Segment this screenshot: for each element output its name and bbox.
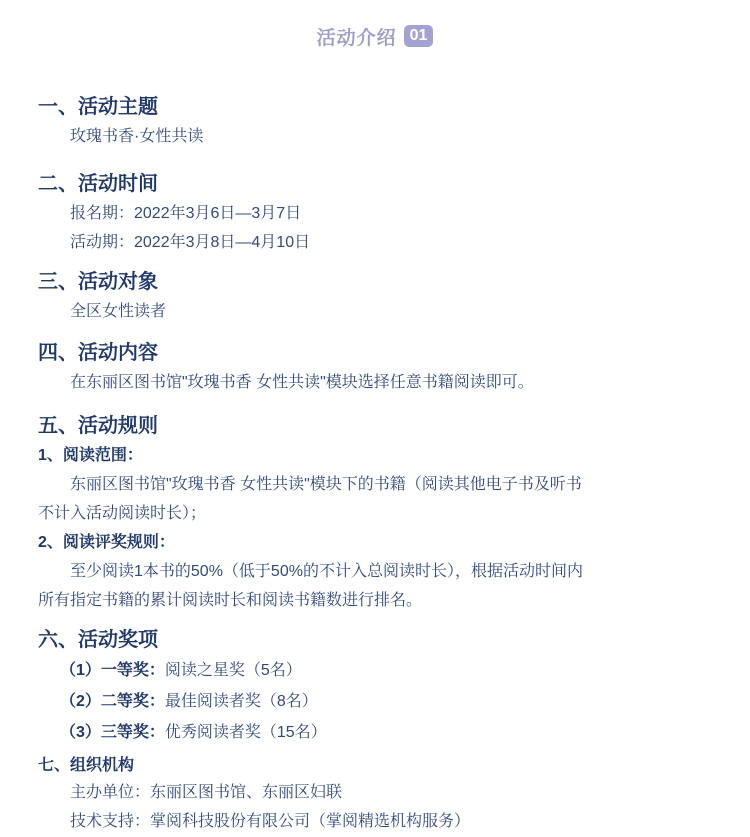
section-activity-rules: 五、活动规则 1、阅读范围： 东丽区图书馆"玫瑰书香 女性共读"模块下的书籍（阅…	[38, 413, 712, 615]
award-name: 最佳阅读者奖（8名）	[165, 693, 318, 710]
award-rank: （2）二等奖：	[60, 693, 165, 710]
body-line: 在东丽区图书馆"玫瑰书香 女性共读"模块选择任意书籍阅读即可。	[38, 368, 712, 397]
section-activity-content: 四、活动内容 在东丽区图书馆"玫瑰书香 女性共读"模块选择任意书籍阅读即可。	[38, 340, 712, 397]
section-heading: 四、活动内容	[38, 340, 712, 366]
body-line: 活动期：2022年3月8日—4月10日	[38, 228, 712, 257]
section-activity-awards: 六、活动奖项 （1）一等奖：阅读之星奖（5名） （2）二等奖：最佳阅读者奖（8名…	[38, 627, 712, 748]
section-heading: 七、组织机构	[38, 756, 712, 776]
body-line: 玫瑰书香·女性共读	[38, 122, 712, 151]
award-item: （2）二等奖：最佳阅读者奖（8名）	[38, 686, 712, 717]
award-rank: （3）三等奖：	[60, 724, 165, 741]
body-line: 报名期：2022年3月6日—3月7日	[38, 199, 712, 228]
rule-label-award-rules: 2、阅读评奖规则：	[38, 528, 712, 557]
section-heading: 二、活动时间	[38, 171, 712, 197]
award-item: （3）三等奖：优秀阅读者奖（15名）	[38, 717, 712, 748]
page-title: 活动介绍	[317, 23, 397, 50]
body-line: 主办单位：东丽区图书馆、东丽区妇联	[38, 778, 712, 807]
section-heading: 一、活动主题	[38, 94, 712, 120]
section-activity-target: 三、活动对象 全区女性读者	[38, 269, 712, 326]
award-name: 优秀阅读者奖（15名）	[165, 724, 327, 741]
section-heading: 六、活动奖项	[38, 627, 712, 653]
section-activity-time: 二、活动时间 报名期：2022年3月6日—3月7日 活动期：2022年3月8日—…	[38, 171, 712, 257]
section-number-badge: 01	[404, 25, 434, 47]
section-heading: 三、活动对象	[38, 269, 712, 295]
award-item: （1）一等奖：阅读之星奖（5名）	[38, 655, 712, 686]
award-name: 阅读之星奖（5名）	[165, 662, 302, 679]
rule-label-reading-scope: 1、阅读范围：	[38, 441, 712, 470]
document: 活动介绍 01 一、活动主题 玫瑰书香·女性共读 二、活动时间 报名期：2022…	[0, 0, 750, 837]
body-line: 技术支持：掌阅科技股份有限公司（掌阅精选机构服务）	[38, 807, 712, 836]
award-rank: （1）一等奖：	[60, 662, 165, 679]
rule-paragraph: 东丽区图书馆"玫瑰书香 女性共读"模块下的书籍（阅读其他电子书及听书不计入活动阅…	[38, 470, 594, 528]
section-heading: 五、活动规则	[38, 413, 712, 439]
page-header: 活动介绍 01	[38, 24, 712, 48]
body-line: 全区女性读者	[38, 297, 712, 326]
section-organizers: 七、组织机构 主办单位：东丽区图书馆、东丽区妇联 技术支持：掌阅科技股份有限公司…	[38, 756, 712, 836]
section-activity-theme: 一、活动主题 玫瑰书香·女性共读	[38, 94, 712, 151]
rule-paragraph: 至少阅读1本书的50%（低于50%的不计入总阅读时长），根据活动时间内所有指定书…	[38, 557, 594, 615]
